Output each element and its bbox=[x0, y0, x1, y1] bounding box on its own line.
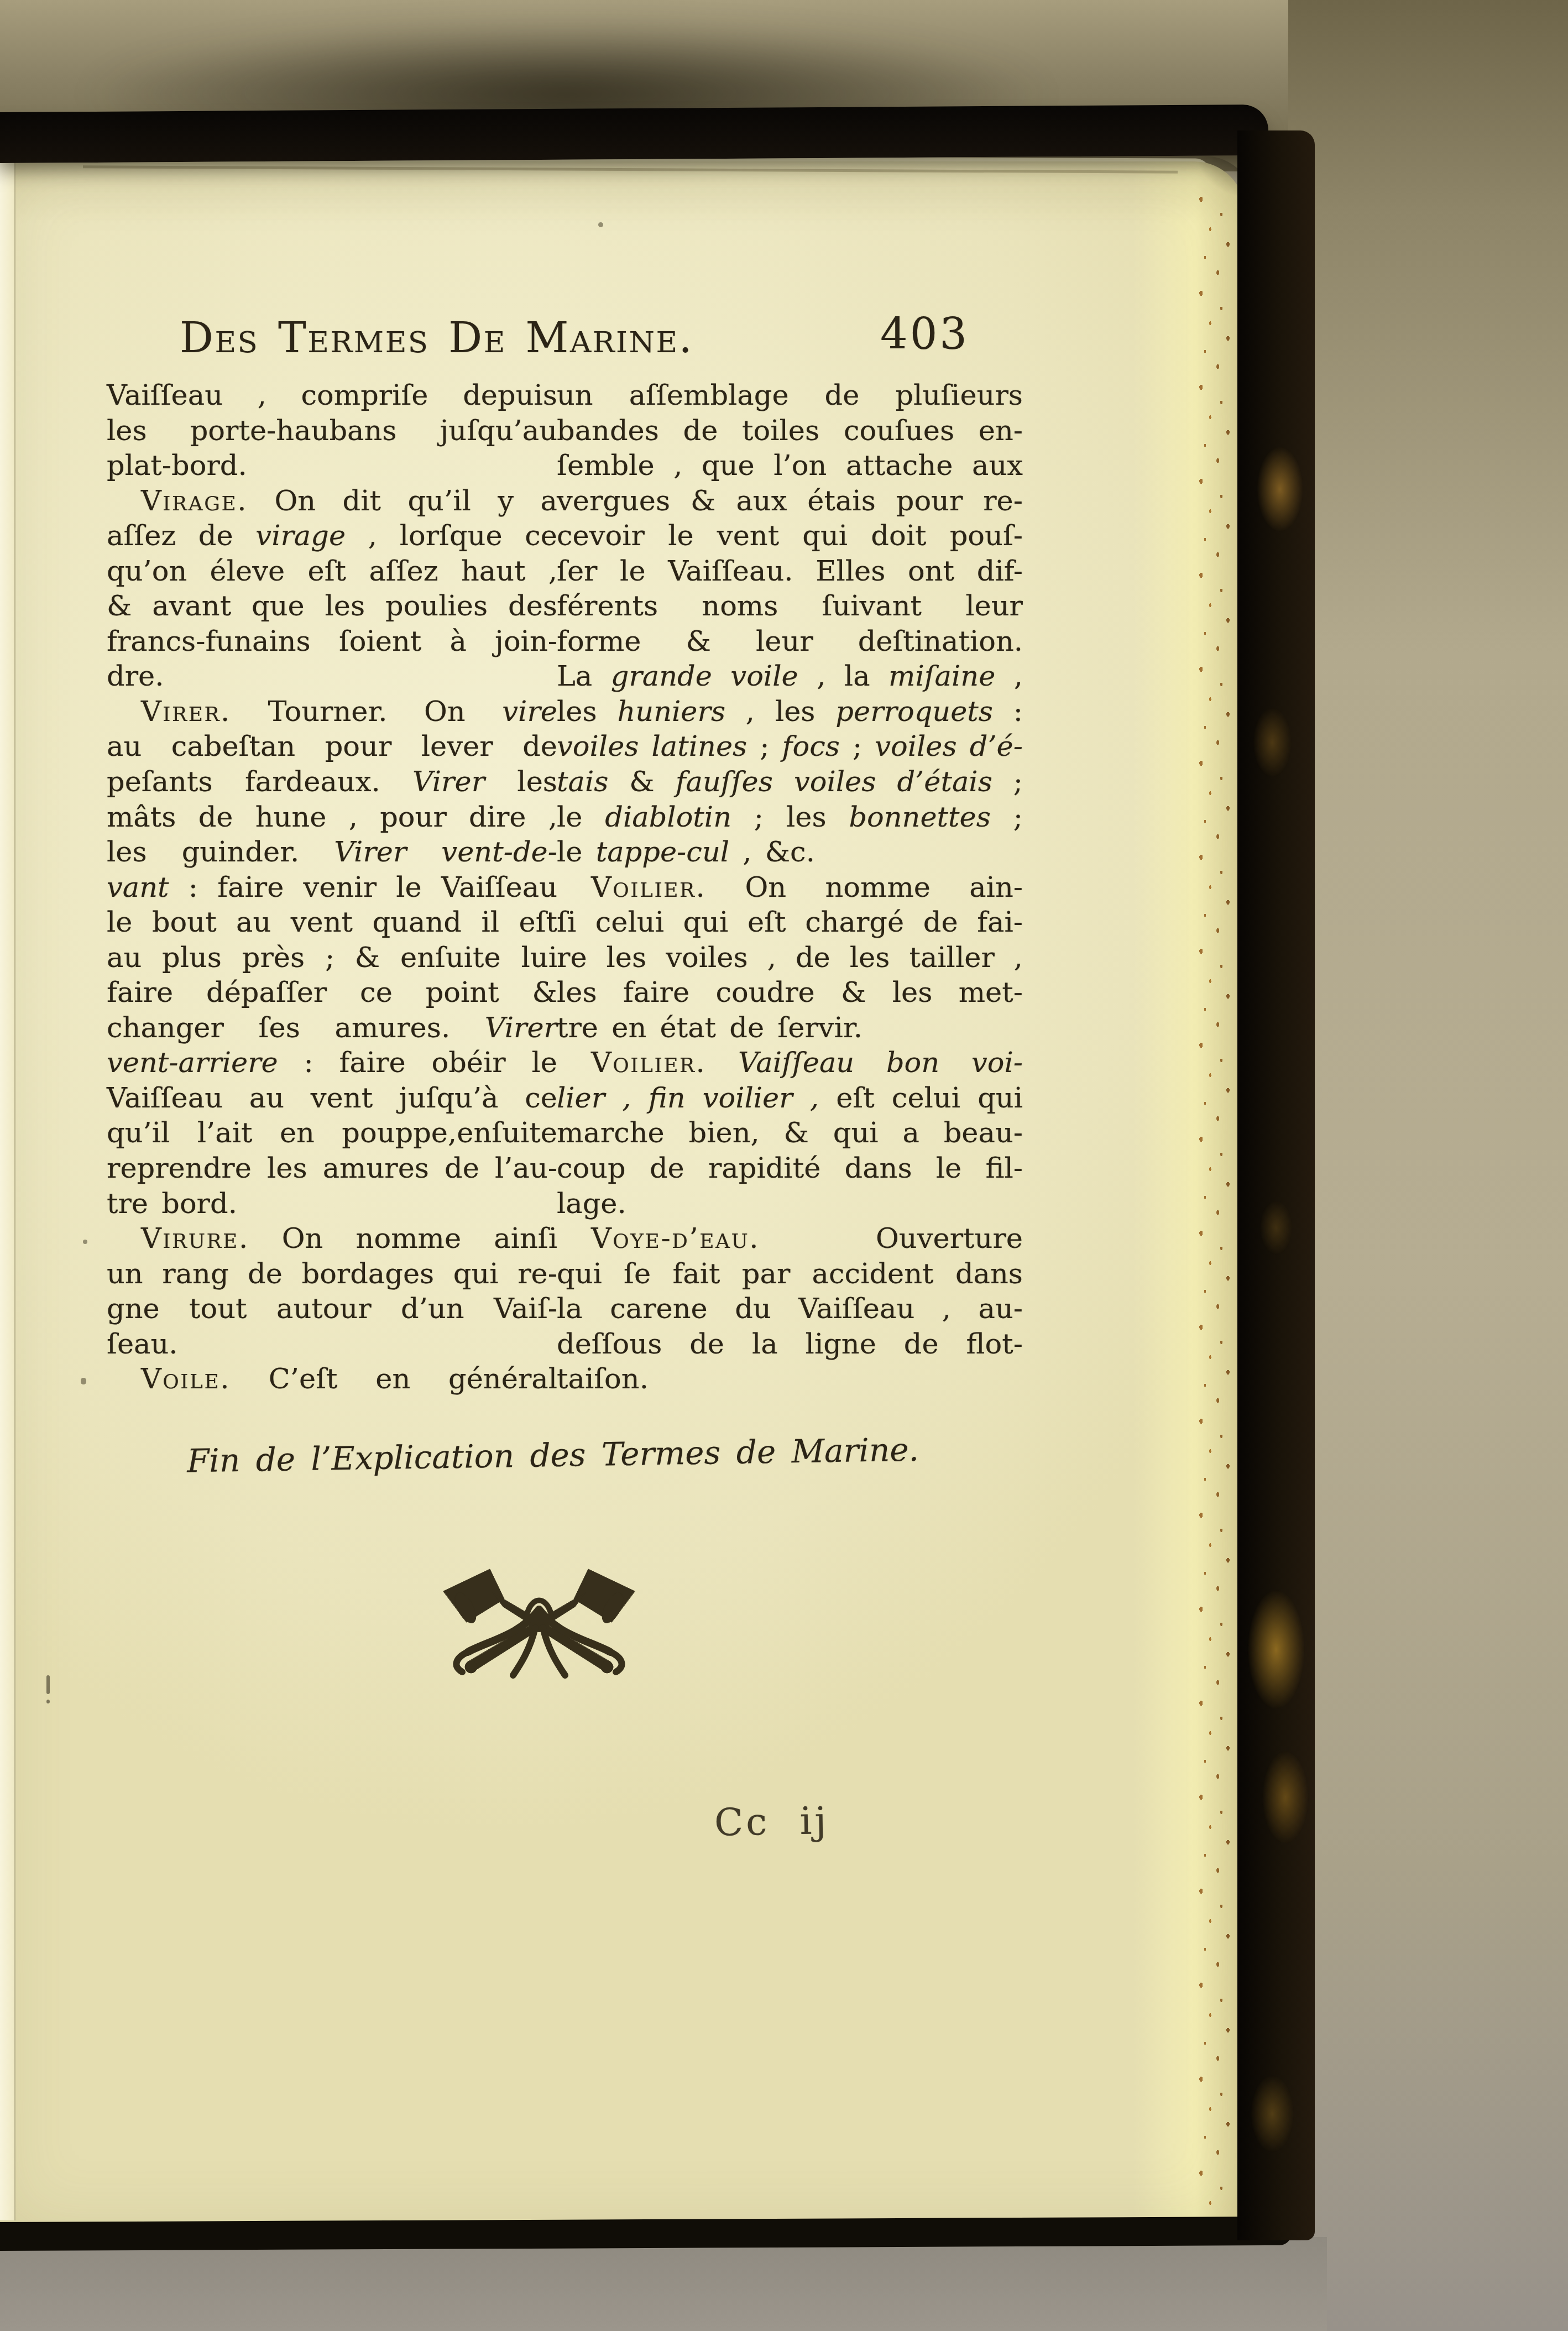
text-line: vent-arriere : faire obéir le bbox=[107, 1046, 557, 1081]
text-line: La grande voile , la miſaine , bbox=[557, 659, 1023, 694]
text-run: tre en état de ſervir. bbox=[557, 1012, 863, 1044]
scanner-backdrop-right bbox=[1288, 0, 1568, 2331]
text-run: eſt celui qui bbox=[819, 1082, 1023, 1115]
text-line: gne tout autour d’un Vaiſ- bbox=[107, 1292, 557, 1327]
text-run: vant bbox=[107, 871, 169, 904]
text-line: cevoir le vent qui doit pouſ- bbox=[557, 519, 1023, 554]
text-run: qui ſe fait par accident dans bbox=[557, 1258, 1023, 1290]
text-run: Voilier. bbox=[591, 1047, 706, 1079]
text-line: Vaiſſeau , compriſe depuis bbox=[107, 378, 557, 414]
text-line: re les voiles , de les tailler , bbox=[557, 940, 1023, 976]
signature-mark: Cc ij bbox=[714, 1799, 829, 1845]
text-run: re les voiles , de les tailler , bbox=[557, 942, 1023, 974]
text-line: les guinder. Virer vent-de- bbox=[107, 835, 557, 870]
text-line: faire dépaſſer ce point & bbox=[107, 975, 557, 1011]
text-run: taiſon. bbox=[557, 1363, 649, 1396]
text-line: férents noms ſuivant leur bbox=[557, 589, 1023, 624]
text-line: la carene du Vaiſſeau , au- bbox=[557, 1292, 1023, 1327]
text-run: les guinder. bbox=[107, 836, 334, 869]
text-line: ſemble , que l’on attache aux bbox=[557, 448, 1023, 484]
text-line: reprendre les amures de l’au- bbox=[107, 1151, 557, 1187]
text-line: Voye-d’eau. Ouverture bbox=[557, 1221, 1023, 1257]
text-run: Virer vent-de- bbox=[334, 836, 557, 869]
text-line: deſſous de la ligne de flot- bbox=[557, 1327, 1023, 1362]
text-run: : faire venir le Vaiſſeau bbox=[169, 871, 557, 904]
text-run: , bbox=[995, 660, 1023, 693]
text-run: mâts de hune , pour dire , bbox=[107, 801, 557, 834]
text-run: tappe-cul bbox=[596, 836, 729, 869]
page-speck bbox=[83, 1240, 87, 1244]
text-line: vant : faire venir le Vaiſſeau bbox=[107, 870, 557, 906]
book-cover-top-edge bbox=[0, 104, 1268, 163]
text-run: , la bbox=[798, 660, 888, 693]
text-run: Voilier. bbox=[591, 871, 706, 904]
text-run: Virer. bbox=[141, 696, 231, 728]
text-line: Des Termes De Marine. bbox=[180, 313, 898, 348]
text-run: marche bien, & qui a beau- bbox=[557, 1117, 1023, 1149]
text-run: ſemble , que l’on attache aux bbox=[557, 450, 1023, 482]
text-run: ſer le Vaiſſeau. Elles ont dif- bbox=[557, 555, 1023, 588]
text-line: Voile. C’eſt en général bbox=[107, 1362, 557, 1397]
text-run: Voile. bbox=[141, 1363, 231, 1396]
scanner-backdrop-bottom bbox=[0, 2237, 1327, 2331]
text-run: qu’il l’ait en pouppe,enſuite bbox=[107, 1117, 557, 1149]
text-run: les porte-haubans juſqu’au bbox=[107, 415, 557, 447]
text-line: Virer. Tourner. On vire bbox=[107, 694, 557, 730]
text-run: francs-funains ſoient à join- bbox=[107, 625, 557, 658]
text-line: francs-funains ſoient à join- bbox=[107, 624, 557, 660]
text-line: les faire coudre & les met- bbox=[557, 975, 1023, 1011]
text-line: Voilier. Vaiſſeau bon voi- bbox=[557, 1046, 1023, 1081]
text-line: Voilier. On nomme ain- bbox=[557, 870, 1023, 906]
text-line: Virage. On dit qu’il y a bbox=[107, 484, 557, 519]
text-line: tre en état de ſervir. bbox=[557, 1011, 1023, 1046]
foxing-stain-speckles bbox=[1190, 188, 1241, 2212]
text-run: férents noms ſuivant leur bbox=[557, 590, 1023, 623]
text-line: le diablotin ; les bonnettes ; bbox=[557, 800, 1023, 835]
text-run: tais bbox=[557, 766, 608, 798]
text-run: aſſez de bbox=[107, 520, 255, 552]
text-run: reprendre les amures de l’au- bbox=[107, 1152, 557, 1185]
text-run: , lorſque ce bbox=[346, 520, 557, 552]
text-line: Virure. On nomme ainſi bbox=[107, 1221, 557, 1257]
text-run: vergues & aux étais pour re- bbox=[557, 485, 1023, 518]
text-run: faire dépaſſer ce point & bbox=[107, 976, 557, 1009]
text-line: les huniers , les perroquets : bbox=[557, 694, 1023, 730]
text-line: qu’il l’ait en pouppe,enſuite bbox=[107, 1116, 557, 1151]
text-run: miſaine bbox=[888, 660, 995, 693]
page-speck bbox=[598, 222, 603, 227]
text-run: les bbox=[485, 766, 557, 798]
text-line: bandes de toiles couſues en- bbox=[557, 414, 1023, 449]
text-run: coup de rapidité dans le fil- bbox=[557, 1152, 1023, 1185]
text-line: voiles latines ; focs ; voiles d’é- bbox=[557, 729, 1023, 765]
text-line: lage. bbox=[557, 1187, 1023, 1222]
text-run: vire bbox=[502, 696, 557, 728]
text-line: dre. bbox=[107, 659, 557, 694]
text-run: le bout au vent quand il eſt bbox=[107, 906, 557, 939]
text-run: huniers bbox=[617, 696, 725, 728]
text-run: & bbox=[608, 766, 675, 798]
text-line: taiſon. bbox=[557, 1362, 1023, 1397]
text-run: au plus près ; & enſuite lui bbox=[107, 942, 557, 974]
text-line: lier , fin voilier , eſt celui qui bbox=[557, 1081, 1023, 1116]
text-run: Tourner. On bbox=[231, 696, 503, 728]
text-run bbox=[706, 1047, 738, 1079]
text-run: tre bord. bbox=[107, 1188, 237, 1220]
text-line: ſi celui qui eſt chargé de fai- bbox=[557, 905, 1023, 940]
text-run: , les bbox=[725, 696, 835, 728]
text-run: Virer bbox=[485, 1012, 557, 1044]
text-run: Virage. bbox=[141, 485, 248, 518]
text-run: qu’on éleve eſt aſſez haut , bbox=[107, 555, 557, 588]
page-speck bbox=[81, 1378, 86, 1384]
text-run: : faire obéir le bbox=[278, 1047, 557, 1079]
text-run: ſeau. bbox=[107, 1328, 178, 1361]
text-run: lage. bbox=[557, 1188, 626, 1220]
text-run: fauſſes voiles d’étais bbox=[676, 766, 992, 798]
text-run: ſi celui qui eſt chargé de fai- bbox=[557, 906, 1023, 939]
text-line: au cabeſtan pour lever de bbox=[107, 729, 557, 765]
text-run: cevoir le vent qui doit pouſ- bbox=[557, 520, 1023, 552]
text-line: coup de rapidité dans le fil- bbox=[557, 1151, 1023, 1187]
text-run: Des Termes De Marine. bbox=[180, 313, 693, 362]
text-run: les bbox=[557, 696, 617, 728]
text-line: plat-bord. bbox=[107, 448, 557, 484]
text-run: voiles d’é- bbox=[875, 730, 1023, 763]
text-line: aſſez de virage , lorſque ce bbox=[107, 519, 557, 554]
text-run: Virure. bbox=[141, 1222, 249, 1255]
text-run: & avant que les poulies des bbox=[107, 590, 557, 623]
text-run: bonnettes bbox=[849, 801, 991, 834]
text-column-left: Vaiſſeau , compriſe depuisles porte-haub… bbox=[107, 378, 557, 1397]
text-run: Voye-d’eau. bbox=[591, 1222, 760, 1255]
text-line: mâts de hune , pour dire , bbox=[107, 800, 557, 835]
text-run: Vaiſſeau bon voi- bbox=[738, 1047, 1023, 1079]
text-line: vergues & aux étais pour re- bbox=[557, 484, 1023, 519]
text-line: qui ſe fait par accident dans bbox=[557, 1257, 1023, 1292]
text-run: Vaiſſeau , compriſe depuis bbox=[107, 379, 557, 412]
text-run: lier , fin voilier , bbox=[557, 1082, 819, 1115]
page-number: 403 bbox=[880, 310, 1002, 359]
text-run: On dit qu’il y a bbox=[248, 485, 557, 518]
text-run: : bbox=[993, 696, 1023, 728]
text-line: changer ſes amures. Virer bbox=[107, 1011, 557, 1046]
text-run: On nomme ainſi bbox=[249, 1222, 557, 1255]
text-run: le bbox=[557, 801, 605, 834]
text-line: les porte-haubans juſqu’au bbox=[107, 414, 557, 449]
text-run: au cabeſtan pour lever de bbox=[107, 730, 557, 763]
text-run: peſants fardeaux. bbox=[107, 766, 412, 798]
text-run: focs bbox=[782, 730, 840, 763]
text-run: voiles latines bbox=[557, 730, 747, 763]
text-run: diablotin bbox=[605, 801, 731, 834]
text-run: Vaiſſeau au vent juſqu’à ce bbox=[107, 1082, 557, 1115]
text-line: ſeau. bbox=[107, 1327, 557, 1362]
text-run: vent-arriere bbox=[107, 1047, 278, 1079]
text-run: les faire coudre & les met- bbox=[557, 976, 1023, 1009]
text-run: ; bbox=[992, 766, 1023, 798]
text-line: & avant que les poulies des bbox=[107, 589, 557, 624]
text-line: qu’on éleve eſt aſſez haut , bbox=[107, 554, 557, 589]
text-line: le bout au vent quand il eſt bbox=[107, 905, 557, 940]
worn-leather-patches bbox=[1237, 130, 1315, 2240]
text-run: perroquets bbox=[835, 696, 993, 728]
text-run: dre. bbox=[107, 660, 164, 693]
text-run: un rang de bordages qui re- bbox=[107, 1258, 557, 1290]
text-line: marche bien, & qui a beau- bbox=[557, 1116, 1023, 1151]
text-run: ; bbox=[747, 730, 782, 763]
margin-ink-mark bbox=[46, 1675, 50, 1694]
text-line: peſants fardeaux. Virer les bbox=[107, 765, 557, 800]
text-run: un aſſemblage de pluſieurs bbox=[557, 379, 1023, 412]
text-line: tais & fauſſes voiles d’étais ; bbox=[557, 765, 1023, 800]
text-run: changer ſes amures. bbox=[107, 1012, 485, 1044]
text-line: le tappe-cul , &c. bbox=[557, 835, 1023, 870]
book-cover-bottom-edge bbox=[0, 2217, 1292, 2251]
text-run: gne tout autour d’un Vaiſ- bbox=[107, 1293, 557, 1325]
page-left-edge bbox=[0, 161, 15, 2220]
text-run: , &c. bbox=[729, 836, 815, 869]
text-line: Vaiſſeau au vent juſqu’à ce bbox=[107, 1081, 557, 1116]
text-run: plat-bord. bbox=[107, 450, 247, 482]
book-scan-page: Des Termes De Marine. 403 Vaiſſeau , com… bbox=[0, 0, 1568, 2331]
text-line: forme & leur deſtination. bbox=[557, 624, 1023, 660]
text-column-right: un aſſemblage de pluſieursbandes de toil… bbox=[557, 378, 1023, 1397]
text-run: la carene du Vaiſſeau , au- bbox=[557, 1293, 1023, 1325]
text-run: ; bbox=[840, 730, 875, 763]
text-run: bandes de toiles couſues en- bbox=[557, 415, 1023, 447]
text-run: deſſous de la ligne de flot- bbox=[557, 1328, 1023, 1361]
text-run: virage bbox=[255, 520, 346, 552]
text-run: On nomme ain- bbox=[706, 871, 1023, 904]
text-line: un aſſemblage de pluſieurs bbox=[557, 378, 1023, 414]
text-line: au plus près ; & enſuite lui bbox=[107, 940, 557, 976]
text-run: grande voile bbox=[611, 660, 798, 693]
text-run: Ouverture bbox=[760, 1222, 1023, 1255]
crossed-trumpets-ornament-icon bbox=[437, 1557, 641, 1690]
text-line: un rang de bordages qui re- bbox=[107, 1257, 557, 1292]
text-run: forme & leur deſtination. bbox=[557, 625, 1023, 658]
text-run: La bbox=[557, 660, 611, 693]
text-run: ; les bbox=[731, 801, 849, 834]
text-run: ; bbox=[991, 801, 1023, 834]
text-run: le bbox=[557, 836, 596, 869]
text-run: C’eſt en général bbox=[231, 1363, 557, 1396]
running-title: Des Termes De Marine. bbox=[180, 313, 898, 348]
text-line: ſer le Vaiſſeau. Elles ont dif- bbox=[557, 554, 1023, 589]
text-run: Virer bbox=[412, 766, 485, 798]
text-line: tre bord. bbox=[107, 1187, 557, 1222]
